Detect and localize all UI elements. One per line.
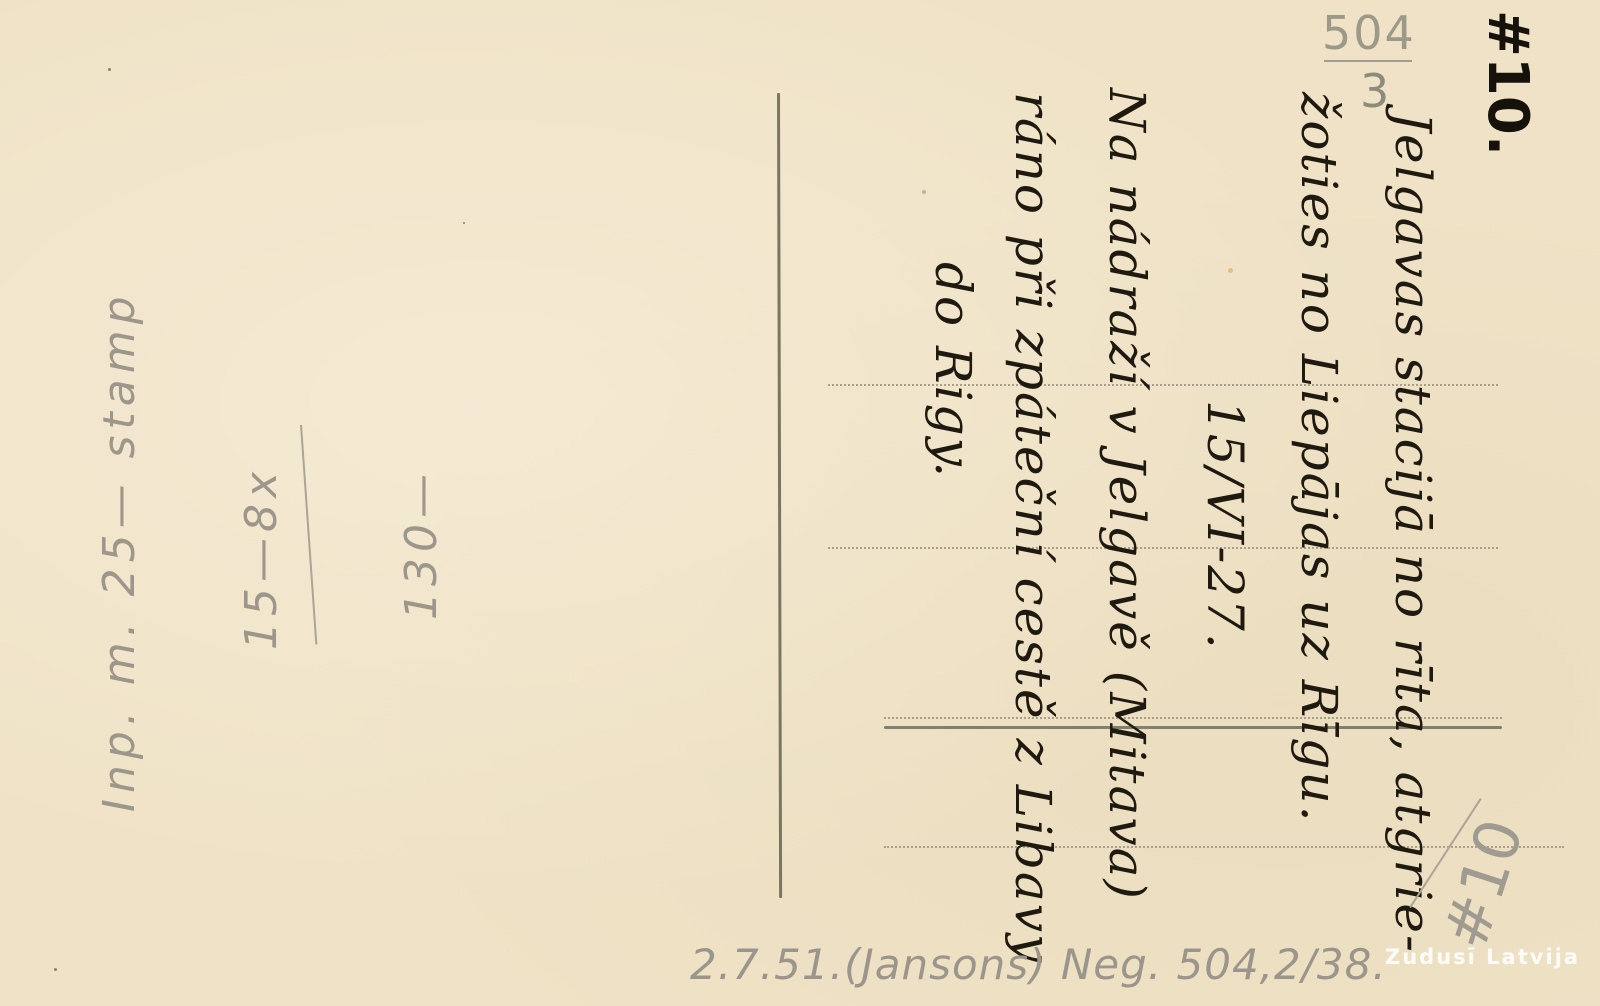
paper-speck: [108, 68, 111, 71]
message-line-4: Na nádraží v Jelgavě (Mitava): [1102, 88, 1152, 901]
catalog-number-denominator: 3: [1360, 64, 1389, 118]
pencil-note-stamp: Inp. m. 25— stamp: [98, 290, 142, 812]
message-line-3-date: 15/VI-27.: [1200, 400, 1250, 651]
message-line-1: Jelgavas stacijā no rīta, atgrie-: [1388, 112, 1438, 954]
catalog-fraction-bar: [1324, 60, 1412, 62]
catalog-number-numerator: 504: [1322, 6, 1416, 60]
archive-reference: 2.7.51.(Jansons) Neg. 504,2/38.: [690, 940, 1387, 989]
message-line-6: do Rigy.: [928, 262, 978, 479]
paper-speck: [54, 968, 57, 971]
card-divider-line: [777, 93, 782, 898]
watermark-zudusi-latvija: Zudusī Latvija: [1385, 945, 1580, 969]
pencil-note-fraction-bottom: 130—: [400, 468, 444, 620]
paper-speck: [922, 190, 926, 194]
pencil-note-fraction-top: 15—8x: [240, 466, 284, 650]
paper-speck: [1228, 268, 1233, 273]
pencil-item-number: #10: [1428, 811, 1538, 958]
postcard-back: 504 3 #10. Jelgavas stacijā no rīta, atg…: [0, 0, 1600, 1006]
pencil-fraction-line: [300, 425, 317, 645]
ink-item-number: #10.: [1475, 10, 1540, 156]
message-line-5: ráno při zpáteční cestě z Libavy: [1008, 92, 1058, 964]
paper-speck: [463, 222, 465, 224]
message-line-2: žoties no Liepājas uz Rīgu.: [1294, 92, 1344, 824]
